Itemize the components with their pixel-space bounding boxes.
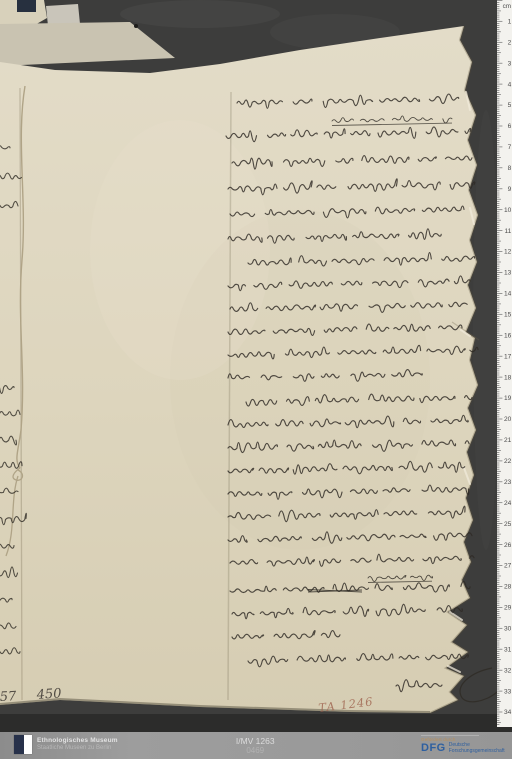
funder-name: Deutsche Forschungsgemeinschaft: [449, 743, 505, 755]
ruler-number: 32: [504, 667, 512, 674]
ruler-number: 10: [504, 207, 512, 214]
ruler-number: 28: [504, 584, 512, 591]
ruler-number: 19: [504, 395, 512, 402]
ruler-number: 5: [508, 102, 512, 109]
dfg-logo-row: DFG Deutsche Forschungsgemeinschaft: [421, 743, 505, 755]
ruler-number: 24: [504, 500, 512, 507]
ruler-number: 27: [504, 563, 512, 570]
ethnologisches-museum-logo-icon: [14, 735, 32, 754]
ruler-number: 25: [504, 521, 512, 528]
ruler-number: 29: [504, 605, 512, 612]
ruler-number: 30: [504, 626, 512, 633]
document-scan-viewer: 57 450 TA 1246 cm12345678910111213141516…: [0, 0, 512, 759]
ruler-number: 3: [508, 60, 512, 67]
paper-scrap-gray: [46, 4, 80, 26]
ruler-number: 15: [504, 312, 512, 319]
museum-text: Ethnologisches Museum Staatliche Museen …: [37, 737, 118, 753]
ruler-number: 2: [508, 39, 512, 46]
ruler-number: 8: [508, 165, 512, 172]
background-smudge: [473, 110, 499, 550]
ruler-number: 20: [504, 416, 512, 423]
ruler-number: 33: [504, 688, 512, 695]
museum-logo-mark: [14, 735, 24, 754]
funding-note: Gefördert durch: [421, 735, 479, 742]
paper-highlight: [90, 120, 270, 380]
ruler-number: 12: [504, 249, 512, 256]
partial-number-annotation: 57: [0, 689, 17, 705]
ruler-number: 31: [504, 646, 512, 653]
ruler-number: 11: [504, 228, 511, 235]
ruler-unit-label: cm: [503, 3, 511, 10]
dfg-branding: Gefördert durch DFG Deutsche Forschungsg…: [421, 735, 505, 755]
background-lower-strip: [0, 714, 512, 732]
ruler-number: 17: [504, 353, 512, 360]
museum-subtitle: Staatliche Museen zu Berlin: [37, 745, 118, 753]
background-smudge: [120, 0, 280, 28]
ruler-number: 18: [504, 374, 512, 381]
dfg-logo-icon: DFG: [421, 743, 446, 754]
ruler-number: 21: [504, 437, 512, 444]
museum-branding: Ethnologisches Museum Staatliche Museen …: [14, 735, 118, 754]
ruler-number: 14: [504, 291, 512, 298]
ruler-number: 13: [504, 270, 512, 277]
document-signature: I/MV 1263: [236, 736, 275, 746]
ruler-number: 22: [504, 458, 512, 465]
paper-scrap-navy: [17, 0, 36, 12]
document-image-number: 0469: [236, 746, 275, 756]
funder-name-line2: Forschungsgemeinschaft: [449, 749, 505, 755]
viewer-footer: Ethnologisches Museum Staatliche Museen …: [0, 732, 512, 759]
page-number-annotation: 450: [35, 686, 62, 703]
ruler-number: 16: [504, 332, 512, 339]
ruler-number: 26: [504, 542, 512, 549]
museum-name: Ethnologisches Museum: [37, 737, 118, 745]
ruler-number: 7: [508, 144, 512, 151]
ruler-number: 4: [508, 81, 512, 88]
ruler-number: 6: [508, 123, 512, 130]
ruler-number: 23: [504, 479, 512, 486]
measurement-ruler: cm12345678910111213141516171819202122232…: [497, 0, 512, 727]
ruler-number: 1: [508, 19, 512, 26]
manuscript-scan: 57 450 TA 1246: [0, 0, 512, 732]
ruler-number: 34: [504, 709, 512, 716]
ruler-number: 9: [508, 186, 512, 193]
ink-dot: [134, 24, 138, 28]
document-identifier: I/MV 1263 0469: [236, 736, 275, 756]
